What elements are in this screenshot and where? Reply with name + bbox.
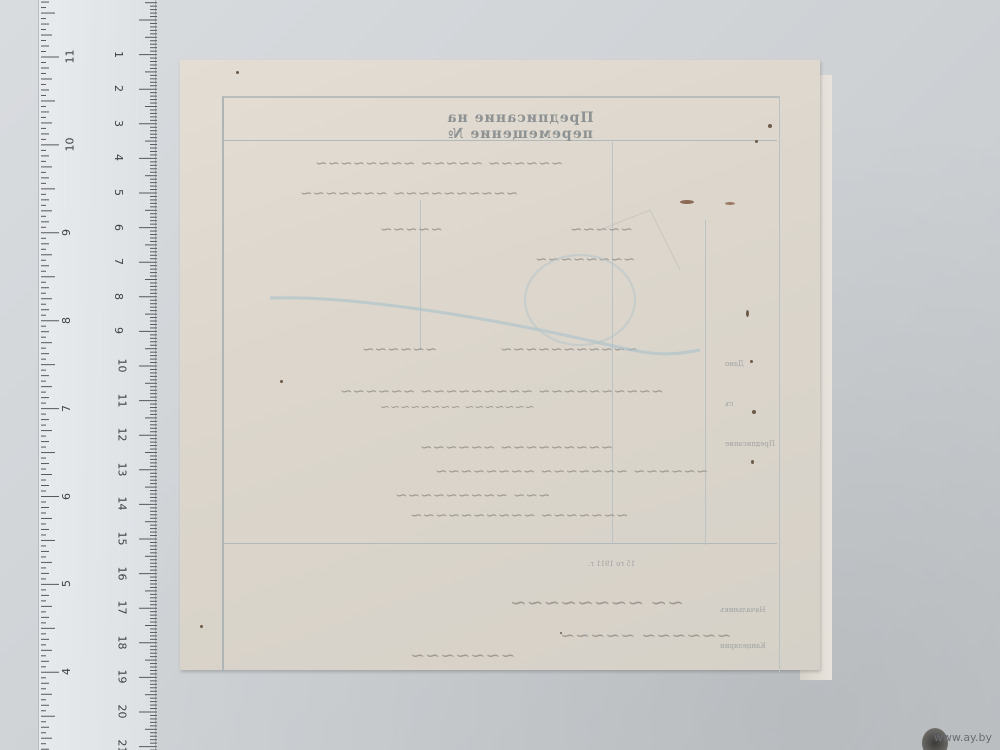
- pin-hole: [236, 71, 239, 74]
- pin-hole: [755, 140, 758, 143]
- ink-dot: [280, 380, 283, 383]
- ruler-inch-label: 10: [64, 137, 77, 151]
- pin-hole: [751, 460, 754, 464]
- ruler-cm-label: 18: [116, 635, 129, 649]
- ruler-cm-label: 12: [116, 428, 129, 442]
- ruler-inch-label: 9: [60, 229, 73, 236]
- tear-mark: [680, 200, 694, 204]
- ruler-cm-label: 11: [116, 393, 129, 407]
- pin-hole: [750, 360, 753, 363]
- ruler-inch-label: 8: [60, 317, 73, 324]
- ruler: 1234567891011121314151617181920211110987…: [38, 0, 156, 750]
- ink-dot: [560, 632, 562, 634]
- ruler-cm-label: 17: [116, 601, 129, 615]
- pin-hole: [746, 310, 749, 317]
- document-sheet: Предписание на перемещение № ~~~~~~ ~~~~…: [180, 60, 820, 670]
- pin-hole: [768, 124, 772, 128]
- ruler-cm-label: 16: [116, 566, 129, 580]
- ruler-cm-label: 7: [112, 258, 125, 265]
- ruler-cm-label: 6: [112, 224, 125, 231]
- ruler-cm-label: 19: [116, 670, 129, 684]
- ruler-cm-label: 4: [112, 154, 125, 161]
- ruler-inch-label: 6: [60, 493, 73, 500]
- ruler-cm-label: 13: [116, 462, 129, 476]
- blue-pencil-marks: [180, 60, 820, 670]
- ink-dot: [200, 625, 203, 628]
- tear-mark: [725, 202, 735, 205]
- ruler-ticks: [39, 0, 157, 750]
- ruler-cm-label: 2: [112, 85, 125, 92]
- watermark: www.ay.by: [934, 731, 992, 744]
- ruler-inch-label: 11: [64, 50, 77, 64]
- ruler-cm-label: 8: [112, 293, 125, 300]
- ruler-inch-label: 5: [60, 580, 73, 587]
- ruler-inch-label: 4: [60, 668, 73, 675]
- ruler-cm-label: 14: [116, 497, 129, 511]
- ruler-cm-label: 21: [116, 739, 129, 750]
- ruler-cm-label: 9: [112, 327, 125, 334]
- ruler-cm-label: 3: [112, 120, 125, 127]
- ruler-cm-label: 15: [116, 532, 129, 546]
- ruler-cm-label: 10: [116, 359, 129, 373]
- ruler-cm-label: 5: [112, 189, 125, 196]
- ruler-cm-label: 1: [112, 51, 125, 58]
- pin-hole: [752, 410, 756, 414]
- ruler-inch-label: 7: [60, 405, 73, 412]
- ruler-cm-label: 20: [116, 705, 129, 719]
